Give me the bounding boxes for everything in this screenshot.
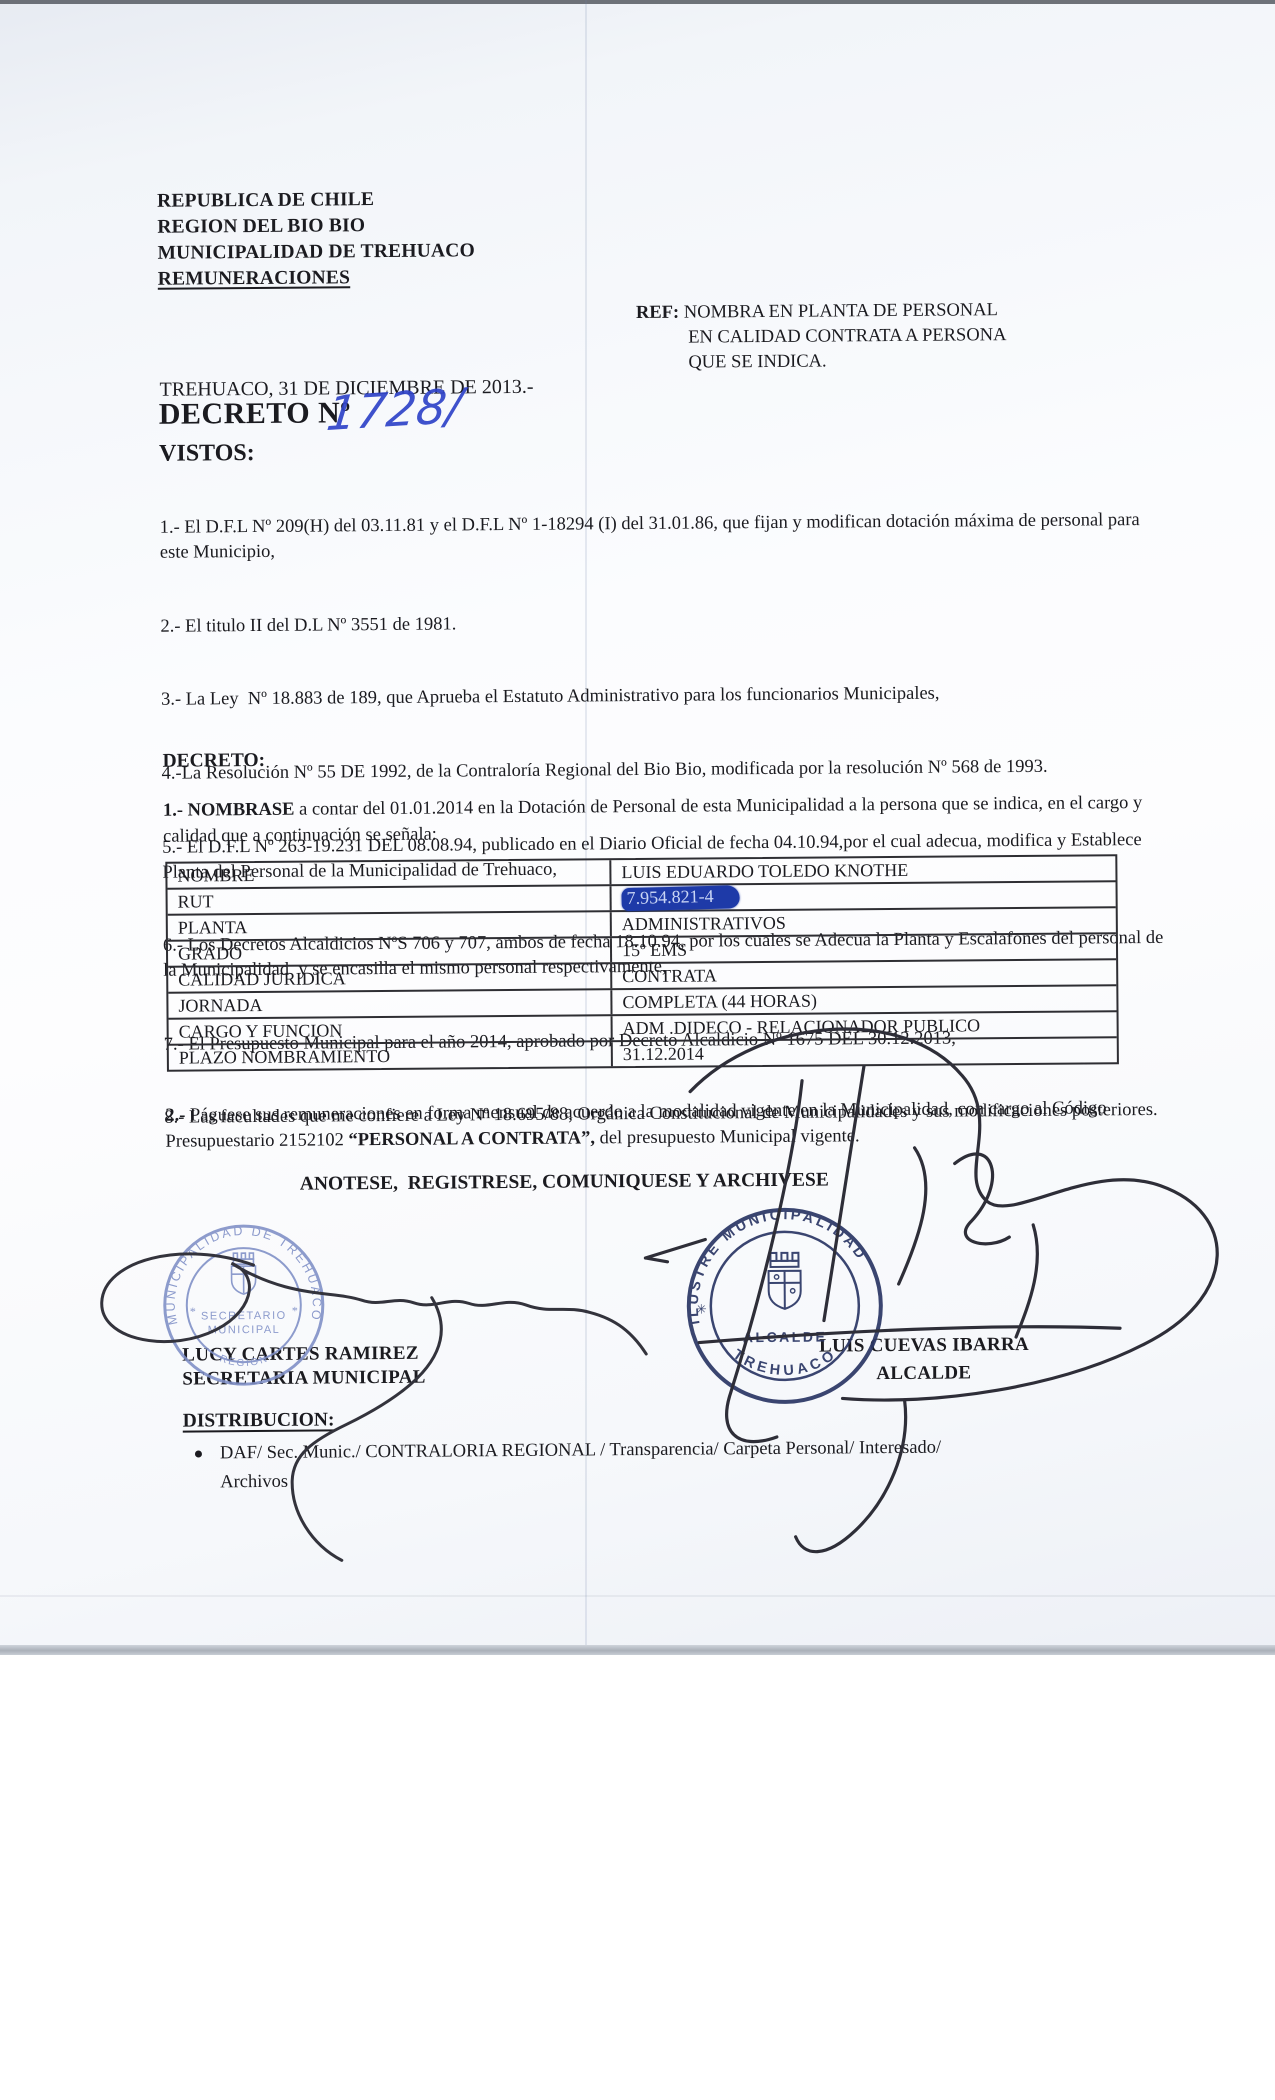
- stamp-star-right: *: [292, 1304, 298, 1318]
- coat-of-arms-icon: [768, 1253, 800, 1309]
- stamp-bottom-text: REGION: [218, 1353, 270, 1369]
- table-value: 7.954.821-4: [612, 882, 1116, 910]
- payment-text-after: del presupuesto Municipal vigente.: [595, 1126, 860, 1148]
- table-value: COMPLETA (44 HORAS): [612, 986, 1116, 1014]
- vistos-heading: VISTOS:: [159, 440, 255, 468]
- table-value: 31.12.2014: [613, 1038, 1117, 1066]
- stamp-bottom-text: TREHUACO: [730, 1346, 841, 1380]
- table-label: CALIDAD JURIDICA: [168, 964, 612, 991]
- bullet-icon: [195, 1450, 202, 1457]
- mayor-municipal-stamp: ILUSTRE MUNICIPALIDAD TREHUACO ✳ ALCALDE: [679, 1200, 891, 1417]
- vistos-item: 3.- La Ley Nº 18.883 de 189, que Aprueba…: [161, 680, 1168, 713]
- distribution-heading: DISTRIBUCION:: [183, 1409, 335, 1432]
- table-value: ADM .DIDECO - RELACIONADOR PUBLICO: [613, 1012, 1117, 1040]
- secretary-municipal-stamp: MUNICIPALIDAD DE TREHUACO REGION SECRETA…: [153, 1214, 334, 1400]
- letterhead-line-underlined: REMUNERACIONES: [158, 264, 476, 292]
- anotese-line: ANOTESE, REGISTRESE, COMUNIQUESE Y ARCHI…: [300, 1170, 829, 1196]
- table-label: PLAZO NOMBRAMIENTO: [169, 1042, 613, 1069]
- table-label: CARGO Y FUNCION: [169, 1016, 613, 1043]
- letterhead-line: REPUBLICA DE CHILE: [157, 186, 475, 214]
- table-value: 15º EMS: [612, 934, 1116, 962]
- rut-redaction-highlight: 7.954.821-4: [621, 885, 740, 911]
- table-label: NOMBRE: [167, 860, 611, 887]
- letterhead-line: MUNICIPALIDAD DE TREHUACO: [157, 238, 475, 266]
- table-label: PLANTA: [168, 912, 612, 939]
- vistos-item: 1.- El D.F.L Nº 209(H) del 03.11.81 y el…: [160, 508, 1167, 565]
- payment-paragraph: 2.- Páguese sus remuneraciones en forma …: [165, 1095, 1175, 1155]
- vistos-item: 4.-La Resolución Nº 55 DE 1992, de la Co…: [162, 754, 1169, 787]
- letterhead-line: REGION DEL BIO BIO: [157, 212, 475, 240]
- mayor-title: ALCALDE: [876, 1359, 1029, 1388]
- handwritten-decree-number: 1728/: [324, 379, 466, 443]
- appointment-table: NOMBRE LUIS EDUARDO TOLEDO KNOTHE RUT 7.…: [165, 854, 1119, 1071]
- reference-block: REF: NOMBRA EN PLANTA DE PERSONAL EN CAL…: [636, 298, 1067, 376]
- reference-label: REF:: [636, 303, 679, 323]
- reference-line-1: REF: NOMBRA EN PLANTA DE PERSONAL: [636, 298, 1066, 326]
- round-stamp-icon: MUNICIPALIDAD DE TREHUACO REGION SECRETA…: [153, 1214, 334, 1395]
- svg-text:REGION: REGION: [218, 1353, 270, 1369]
- decree-title: DECRETO Nº: [159, 396, 351, 432]
- reference-text: NOMBRA EN PLANTA DE PERSONAL: [684, 300, 998, 322]
- reference-line-2: EN CALIDAD CONTRATA A PERSONA: [688, 323, 1066, 351]
- letterhead: REPUBLICA DE CHILE REGION DEL BIO BIO MU…: [157, 186, 475, 292]
- coat-of-arms-icon: [231, 1253, 255, 1294]
- document-content: REPUBLICA DE CHILE REGION DEL BIO BIO MU…: [0, 0, 1275, 1655]
- decreto-heading: DECRETO:: [162, 750, 265, 773]
- stamp-star-icon: ✳: [696, 1301, 707, 1316]
- stamp-star-left: *: [190, 1305, 196, 1319]
- stamp-center-text: ALCALDE: [743, 1329, 828, 1346]
- round-stamp-icon: ILUSTRE MUNICIPALIDAD TREHUACO ✳ ALCALDE: [679, 1200, 891, 1412]
- stamp-center-line1: SECRETARIO: [201, 1310, 287, 1323]
- payment-lead: 2.-: [165, 1106, 185, 1126]
- table-label: JORNADA: [168, 990, 612, 1017]
- nombrase-text: a contar del 01.01.2014 en la Dotación d…: [163, 793, 1147, 847]
- table-label: RUT: [168, 886, 612, 913]
- table-value: CONTRATA: [612, 960, 1116, 988]
- nombrase-lead: 1.- NOMBRASE: [163, 800, 295, 821]
- reference-line-3: QUE SE INDICA.: [688, 348, 1066, 376]
- distribution-item: DAF/ Sec. Munic./ CONTRALORIA REGIONAL /…: [220, 1434, 950, 1498]
- svg-text:TREHUACO: TREHUACO: [730, 1346, 841, 1380]
- payment-bold-segment: “PERSONAL A CONTRATA”,: [348, 1128, 595, 1150]
- scanned-decree-document: REPUBLICA DE CHILE REGION DEL BIO BIO MU…: [0, 0, 1275, 2100]
- vistos-item: 2.- El titulo II del D.L Nº 3551 de 1981…: [160, 606, 1167, 639]
- stamp-center-line2: MUNICIPAL: [208, 1324, 281, 1337]
- nombrase-paragraph: 1.- NOMBRASE a contar del 01.01.2014 en …: [163, 790, 1173, 850]
- table-label: GRADO: [168, 938, 612, 965]
- table-value: ADMINISTRATIVOS: [612, 908, 1116, 936]
- table-value: LUIS EDUARDO TOLEDO KNOTHE: [611, 856, 1115, 884]
